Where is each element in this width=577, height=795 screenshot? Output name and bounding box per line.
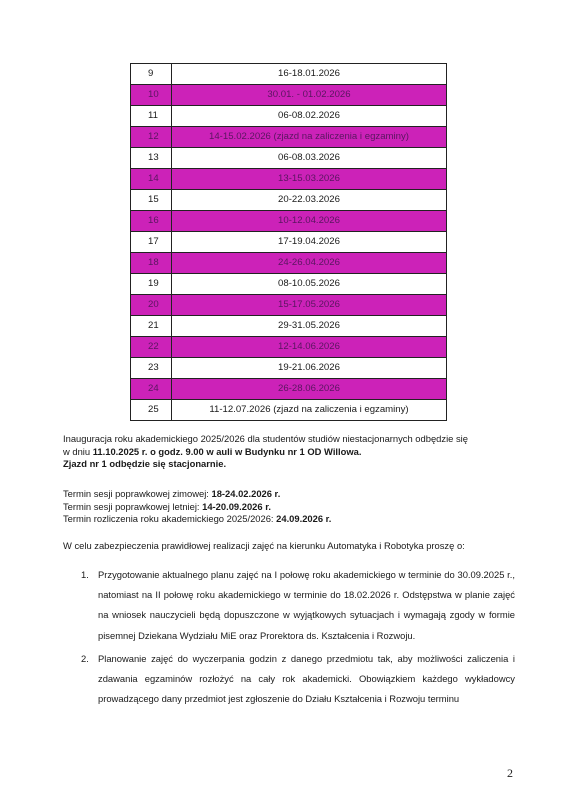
table-row: 1717-19.04.2026 bbox=[131, 232, 447, 253]
row-number: 12 bbox=[131, 127, 172, 148]
row-dates: 20-22.03.2026 bbox=[172, 190, 447, 211]
row-number: 16 bbox=[131, 211, 172, 232]
requirements-list: 1. Przygotowanie aktualnego planu zajęć … bbox=[63, 565, 515, 709]
list-item: 1. Przygotowanie aktualnego planu zajęć … bbox=[63, 565, 515, 646]
table-row: 1106-08.02.2026 bbox=[131, 106, 447, 127]
schedule-table: 916-18.01.20261030.01. - 01.02.20261106-… bbox=[130, 63, 447, 421]
table-row: 1306-08.03.2026 bbox=[131, 148, 447, 169]
table-row: 2511-12.07.2026 (zjazd na zaliczenia i e… bbox=[131, 400, 447, 421]
row-number: 14 bbox=[131, 169, 172, 190]
table-row: 1610-12.04.2026 bbox=[131, 211, 447, 232]
row-number: 17 bbox=[131, 232, 172, 253]
row-dates: 13-15.03.2026 bbox=[172, 169, 447, 190]
row-number: 18 bbox=[131, 253, 172, 274]
row-number: 22 bbox=[131, 337, 172, 358]
table-row: 1214-15.02.2026 (zjazd na zaliczenia i e… bbox=[131, 127, 447, 148]
table-row: 2212-14.06.2026 bbox=[131, 337, 447, 358]
table-row: 1520-22.03.2026 bbox=[131, 190, 447, 211]
inauguration-line-1: Inauguracja roku akademickiego 2025/2026… bbox=[63, 433, 515, 446]
row-number: 23 bbox=[131, 358, 172, 379]
table-row: 1030.01. - 01.02.2026 bbox=[131, 85, 447, 106]
term-winter-resit: Termin sesji poprawkowej zimowej: 18-24.… bbox=[63, 488, 515, 501]
row-dates: 12-14.06.2026 bbox=[172, 337, 447, 358]
table-row: 2319-21.06.2026 bbox=[131, 358, 447, 379]
terms-block: Termin sesji poprawkowej zimowej: 18-24.… bbox=[63, 488, 515, 526]
row-number: 13 bbox=[131, 148, 172, 169]
row-number: 15 bbox=[131, 190, 172, 211]
table-row: 916-18.01.2026 bbox=[131, 64, 447, 85]
row-dates: 10-12.04.2026 bbox=[172, 211, 447, 232]
row-dates: 06-08.02.2026 bbox=[172, 106, 447, 127]
page-number: 2 bbox=[507, 766, 513, 781]
row-dates: 29-31.05.2026 bbox=[172, 316, 447, 337]
table-row: 2426-28.06.2026 bbox=[131, 379, 447, 400]
list-marker: 1. bbox=[81, 565, 89, 585]
row-number: 25 bbox=[131, 400, 172, 421]
row-dates: 26-28.06.2026 bbox=[172, 379, 447, 400]
table-row: 1413-15.03.2026 bbox=[131, 169, 447, 190]
table-row: 2129-31.05.2026 bbox=[131, 316, 447, 337]
row-dates: 19-21.06.2026 bbox=[172, 358, 447, 379]
table-row: 2015-17.05.2026 bbox=[131, 295, 447, 316]
list-item: 2. Planowanie zajęć do wyczerpania godzi… bbox=[63, 649, 515, 710]
row-number: 24 bbox=[131, 379, 172, 400]
term-summer-resit: Termin sesji poprawkowej letniej: 14-20.… bbox=[63, 501, 515, 514]
table-row: 1908-10.05.2026 bbox=[131, 274, 447, 295]
inauguration-line-2: w dniu 11.10.2025 r. o godz. 9.00 w auli… bbox=[63, 446, 515, 459]
row-number: 11 bbox=[131, 106, 172, 127]
row-dates: 08-10.05.2026 bbox=[172, 274, 447, 295]
row-number: 21 bbox=[131, 316, 172, 337]
row-dates: 24-26.04.2026 bbox=[172, 253, 447, 274]
inauguration-line-3: Zjazd nr 1 odbędzie się stacjonarnie. bbox=[63, 458, 515, 471]
intro-paragraph: W celu zabezpieczenia prawidłowej realiz… bbox=[63, 540, 515, 553]
row-dates: 17-19.04.2026 bbox=[172, 232, 447, 253]
row-dates: 30.01. - 01.02.2026 bbox=[172, 85, 447, 106]
row-number: 20 bbox=[131, 295, 172, 316]
row-dates: 14-15.02.2026 (zjazd na zaliczenia i egz… bbox=[172, 127, 447, 148]
row-dates: 16-18.01.2026 bbox=[172, 64, 447, 85]
row-number: 19 bbox=[131, 274, 172, 295]
table-row: 1824-26.04.2026 bbox=[131, 253, 447, 274]
row-number: 10 bbox=[131, 85, 172, 106]
row-number: 9 bbox=[131, 64, 172, 85]
row-dates: 15-17.05.2026 bbox=[172, 295, 447, 316]
row-dates: 06-08.03.2026 bbox=[172, 148, 447, 169]
inauguration-paragraph: Inauguracja roku akademickiego 2025/2026… bbox=[63, 433, 515, 471]
term-year-settlement: Termin rozliczenia roku akademickiego 20… bbox=[63, 513, 515, 526]
list-marker: 2. bbox=[81, 649, 89, 669]
row-dates: 11-12.07.2026 (zjazd na zaliczenia i egz… bbox=[172, 400, 447, 421]
